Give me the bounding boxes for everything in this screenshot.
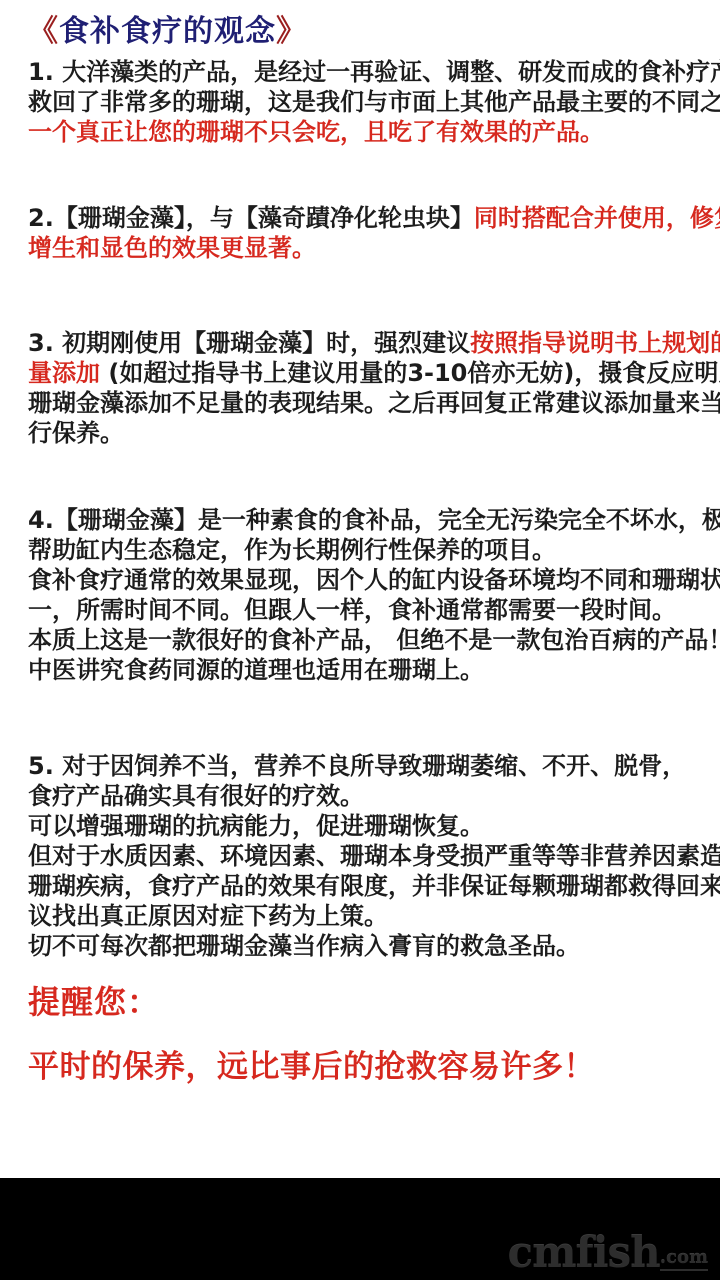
title-text: 食补食疗的观念 — [59, 14, 276, 49]
text-run: 珊瑚金藻添加不足量的表现结果。之后再回复正常建议添加量来当作例 — [28, 389, 720, 417]
text-line: 议找出真正原因对症下药为上策。 — [28, 901, 712, 931]
text-line: 5. 对于因饲养不当，营养不良所导致珊瑚萎缩、不开、脱骨， — [28, 751, 712, 781]
text-run-emphasis: 量添加 — [28, 359, 100, 387]
paragraph-point-2: 2.【珊瑚金藻】，与【藻奇蹟净化轮虫块】同时搭配合并使用，修复、增生和显色的效果… — [28, 203, 712, 263]
text-line: 一，所需时间不同。但跟人一样，食补通常都需要一段时间。 — [28, 595, 712, 625]
text-run: 中医讲究食药同源的道理也适用在珊瑚上。 — [28, 656, 484, 684]
text-line: 3. 初期刚使用【珊瑚金藻】时，强烈建议按照指导说明书上规划的，足 — [28, 328, 712, 358]
text-line: 中医讲究食药同源的道理也适用在珊瑚上。 — [28, 655, 712, 685]
text-line: 帮助缸内生态稳定，作为长期例行性保养的项目。 — [28, 535, 712, 565]
text-line: 量添加 (如超过指导书上建议用量的3-10倍亦无妨)，摄食反应明显优于 — [28, 358, 712, 388]
page-title: 《食补食疗的观念》 — [28, 13, 307, 51]
text-run: (如超过指导书上建议用量的3-10倍亦无妨)，摄食反应明显优于 — [100, 359, 720, 387]
text-run-emphasis: 按照指导说明书上规划的，足 — [470, 329, 720, 357]
text-line: 救回了非常多的珊瑚，这是我们与市面上其他产品最主要的不同之处， — [28, 87, 712, 117]
text-run: 可以增强珊瑚的抗病能力，促进珊瑚恢复。 — [28, 812, 484, 840]
text-run: 但对于水质因素、环境因素、珊瑚本身受损严重等等非营养因素造成的 — [28, 842, 720, 870]
text-run: 本质上这是一款很好的食补产品， 但绝不是一款包治百病的产品！ — [28, 626, 720, 654]
text-line: 但对于水质因素、环境因素、珊瑚本身受损严重等等非营养因素造成的 — [28, 841, 712, 871]
text-line: 一个真正让您的珊瑚不只会吃，且吃了有效果的产品。 — [28, 117, 712, 147]
paragraph-point-1: 1. 大洋藻类的产品，是经过一再验证、调整、研发而成的食补疗产品，救回了非常多的… — [28, 57, 712, 147]
text-line: 珊瑚金藻添加不足量的表现结果。之后再回复正常建议添加量来当作例 — [28, 388, 712, 418]
text-run: 食补食疗通常的效果显现，因个人的缸内设备环境均不同和珊瑚状况不 — [28, 566, 720, 594]
text-run: 3. 初期刚使用【珊瑚金藻】时，强烈建议 — [28, 329, 470, 357]
text-line: 切不可每次都把珊瑚金藻当作病入膏肓的救急圣品。 — [28, 931, 712, 961]
text-run: 切不可每次都把珊瑚金藻当作病入膏肓的救急圣品。 — [28, 932, 580, 960]
bottom-black-bar: cmfish.com — [0, 1178, 720, 1280]
title-open-bracket: 《 — [28, 14, 59, 49]
text-line: 2.【珊瑚金藻】，与【藻奇蹟净化轮虫块】同时搭配合并使用，修复、 — [28, 203, 712, 233]
text-run-emphasis: 增生和显色的效果更显著。 — [28, 234, 316, 262]
text-line: 食疗产品确实具有很好的疗效。 — [28, 781, 712, 811]
text-line: 4.【珊瑚金藻】是一种素食的食补品，完全无污染完全不坏水，极适合 — [28, 505, 712, 535]
reminder-label: 提醒您： — [28, 977, 160, 1023]
text-run: 行保养。 — [28, 419, 124, 447]
paragraph-point-5: 5. 对于因饲养不当，营养不良所导致珊瑚萎缩、不开、脱骨，食疗产品确实具有很好的… — [28, 751, 712, 961]
text-run-emphasis: 同时搭配合并使用，修复、 — [474, 204, 720, 232]
text-run: 4.【珊瑚金藻】是一种素食的食补品，完全无污染完全不坏水，极适合 — [28, 506, 720, 534]
text-run: 一，所需时间不同。但跟人一样，食补通常都需要一段时间。 — [28, 596, 676, 624]
text-run: 议找出真正原因对症下药为上策。 — [28, 902, 388, 930]
watermark-suffix-text: .com — [660, 1247, 708, 1271]
text-run: 5. 对于因饲养不当，营养不良所导致珊瑚萎缩、不开、脱骨， — [28, 752, 686, 780]
text-line: 食补食疗通常的效果显现，因个人的缸内设备环境均不同和珊瑚状况不 — [28, 565, 712, 595]
watermark-logo: cmfish.com — [508, 1232, 709, 1274]
document-page: 《食补食疗的观念》 1. 大洋藻类的产品，是经过一再验证、调整、研发而成的食补疗… — [0, 0, 720, 1280]
title-close-bracket: 》 — [276, 14, 307, 49]
text-run: 珊瑚疾病，食疗产品的效果有限度，并非保证每颗珊瑚都救得回来，建 — [28, 872, 720, 900]
text-line: 增生和显色的效果更显著。 — [28, 233, 712, 263]
text-run: 帮助缸内生态稳定，作为长期例行性保养的项目。 — [28, 536, 556, 564]
text-run: 食疗产品确实具有很好的疗效。 — [28, 782, 364, 810]
text-line: 珊瑚疾病，食疗产品的效果有限度，并非保证每颗珊瑚都救得回来，建 — [28, 871, 712, 901]
paragraph-point-4: 4.【珊瑚金藻】是一种素食的食补品，完全无污染完全不坏水，极适合帮助缸内生态稳定… — [28, 505, 712, 685]
text-run: 救回了非常多的珊瑚，这是我们与市面上其他产品最主要的不同之处， — [28, 88, 720, 116]
text-run: 1. 大洋藻类的产品，是经过一再验证、调整、研发而成的食补疗产品， — [28, 58, 720, 86]
paragraph-point-3: 3. 初期刚使用【珊瑚金藻】时，强烈建议按照指导说明书上规划的，足量添加 (如超… — [28, 328, 712, 448]
reminder-message: 平时的保养，远比事后的抢救容易许多！ — [28, 1041, 595, 1086]
text-line: 行保养。 — [28, 418, 712, 448]
text-line: 可以增强珊瑚的抗病能力，促进珊瑚恢复。 — [28, 811, 712, 841]
text-line: 本质上这是一款很好的食补产品， 但绝不是一款包治百病的产品！ — [28, 625, 712, 655]
watermark-main-text: cmfish — [508, 1228, 660, 1277]
text-run: 2.【珊瑚金藻】，与【藻奇蹟净化轮虫块】 — [28, 204, 474, 232]
text-run-emphasis: 一个真正让您的珊瑚不只会吃，且吃了有效果的产品。 — [28, 118, 604, 146]
text-line: 1. 大洋藻类的产品，是经过一再验证、调整、研发而成的食补疗产品， — [28, 57, 712, 87]
